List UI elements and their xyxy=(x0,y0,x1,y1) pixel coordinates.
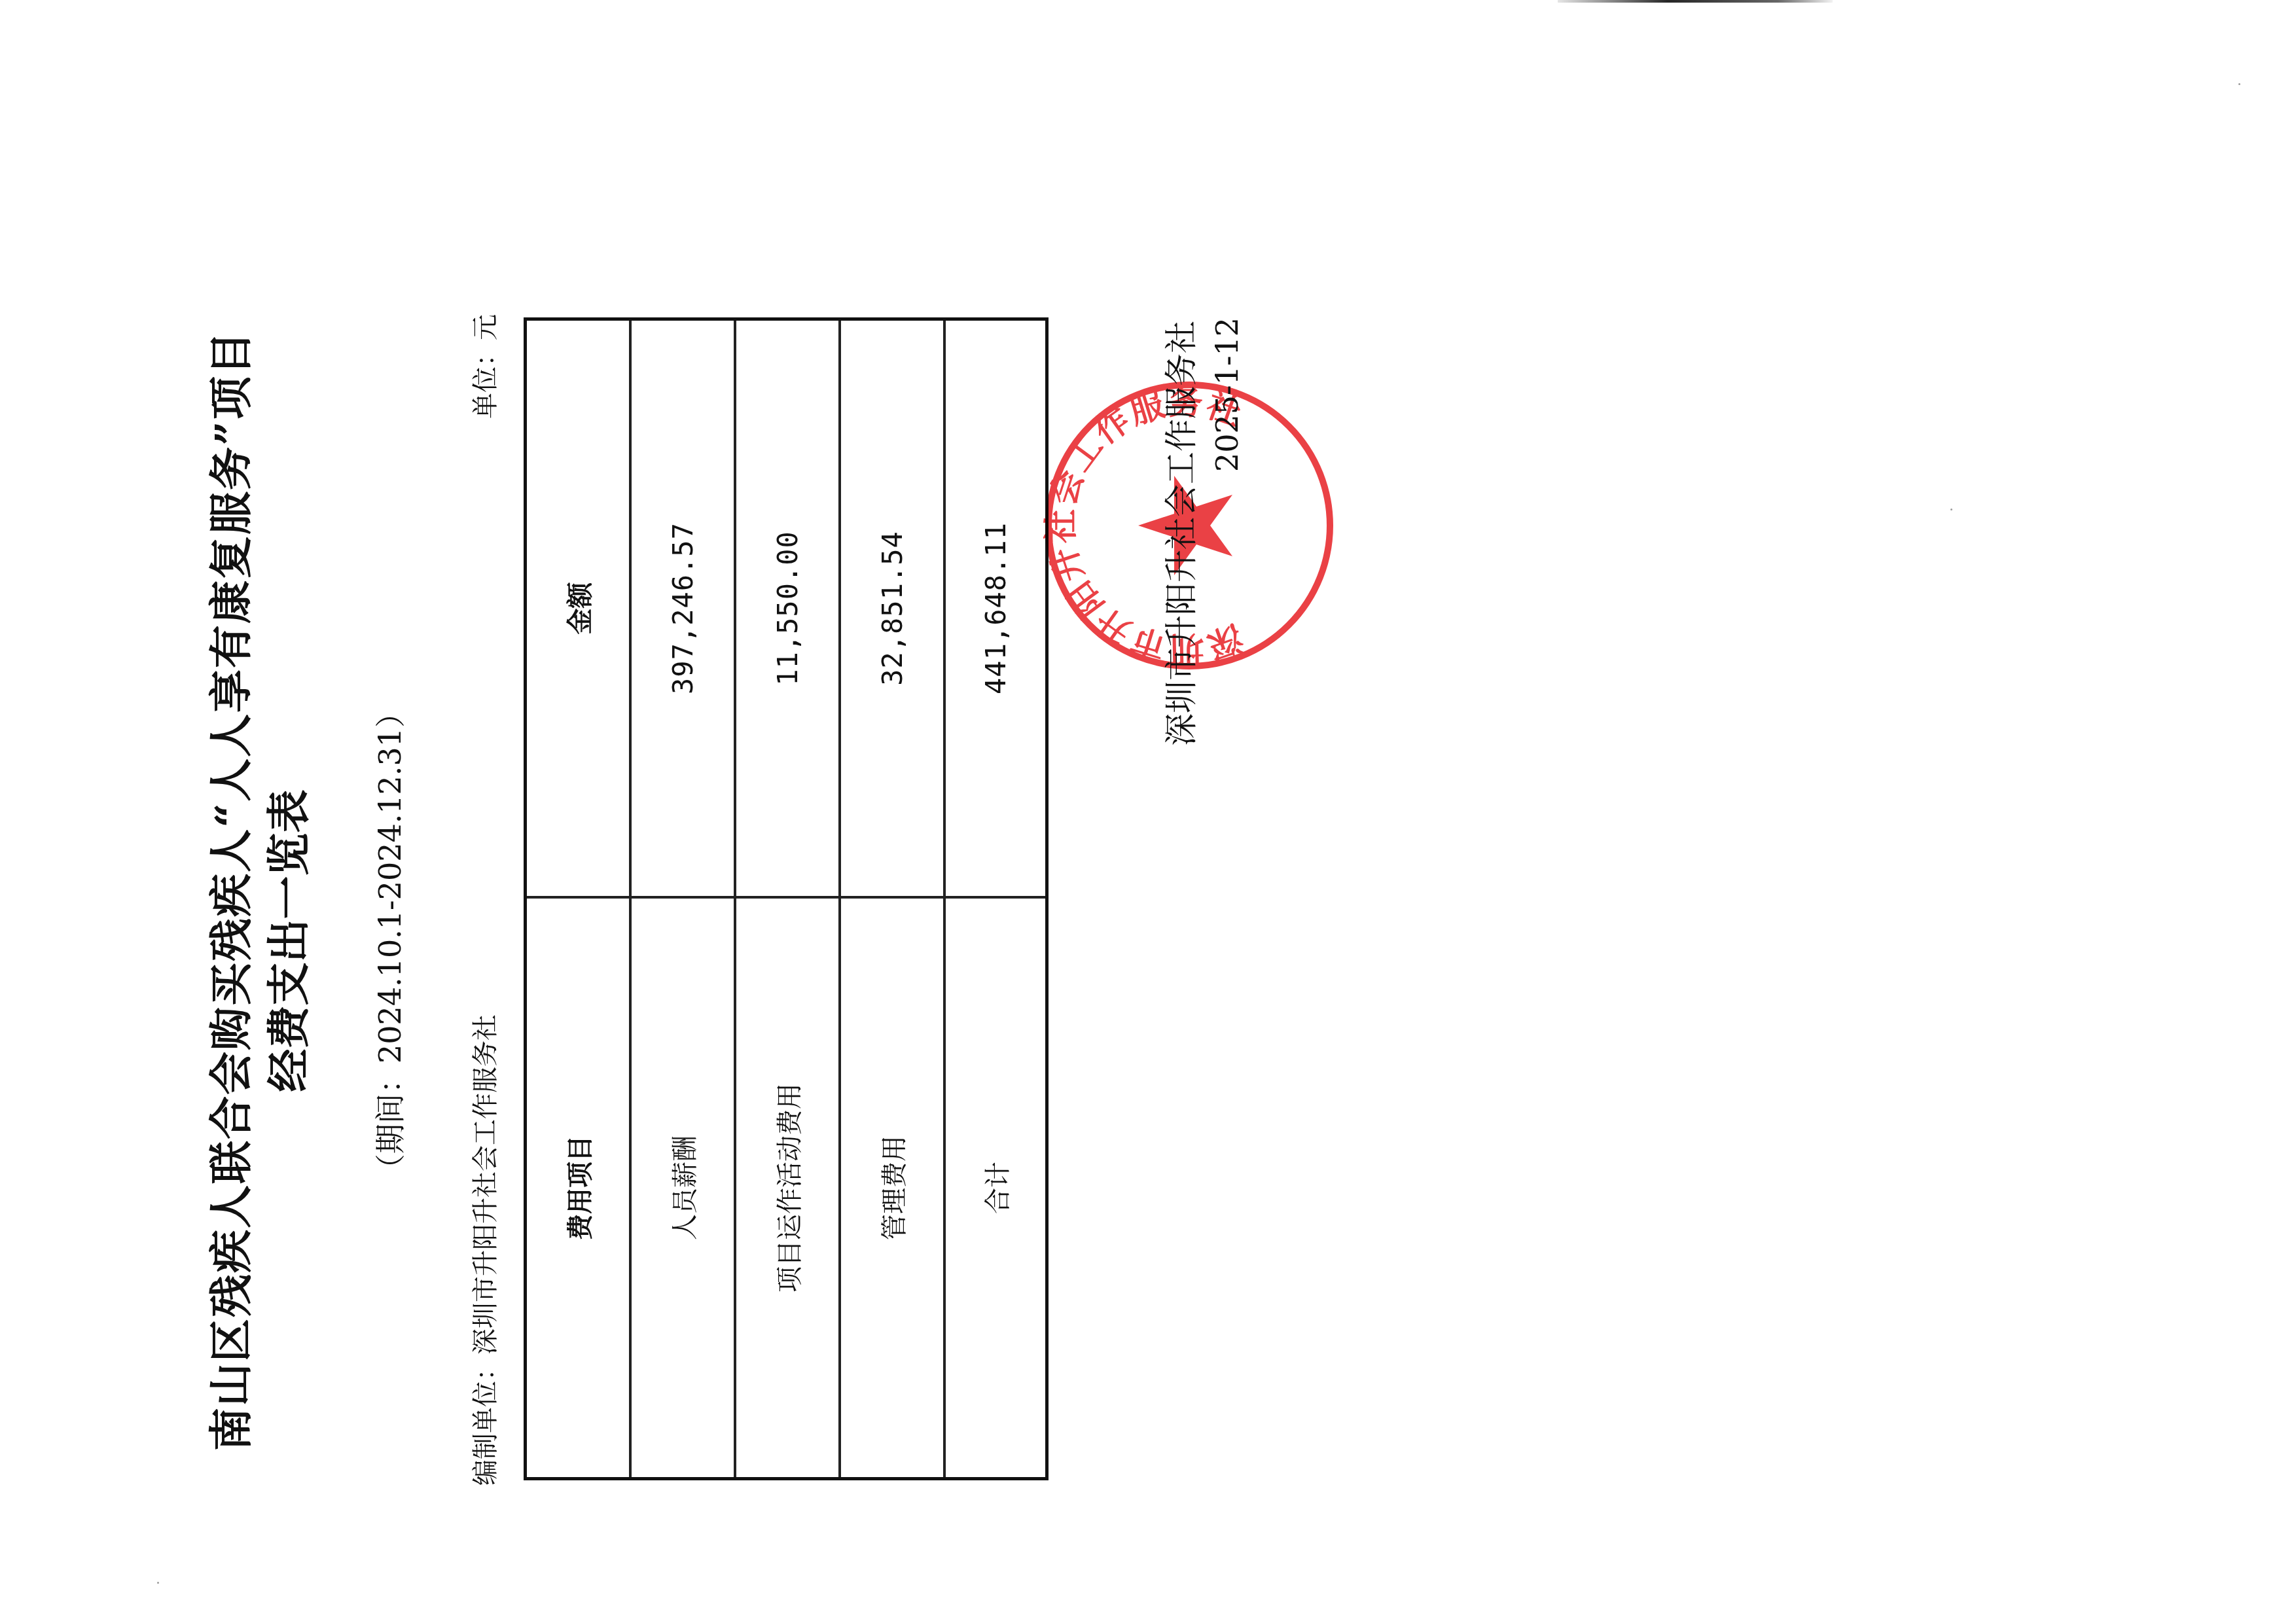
prepared-by-label: 编制单位： xyxy=(471,1355,501,1486)
prepared-by: 编制单位：深圳市升阳升社会工作服务社 xyxy=(465,1014,502,1486)
signing-organization: 深圳市升阳升社会工作服务社 xyxy=(1155,321,1202,818)
total-amount: 441,648.11 xyxy=(946,321,1045,896)
table-row: 人员薪酬 397,246.57 xyxy=(632,321,736,1477)
scan-speck xyxy=(2238,83,2240,85)
table-row: 管理费用 32,851.54 xyxy=(841,321,946,1477)
scan-speck xyxy=(1950,508,1952,510)
row-amount: 11,550.00 xyxy=(736,321,838,896)
signing-date: 2025-1-12 xyxy=(1210,317,1245,510)
document-title-line-1: 南山区残疾人联合会购买残疾人“人人享有康复服务”项目 xyxy=(196,330,249,1551)
row-item: 人员薪酬 xyxy=(632,896,734,1477)
row-item: 管理费用 xyxy=(841,896,943,1477)
table-row: 项目运作活动费用 11,550.00 xyxy=(736,321,841,1477)
meta-row: 编制单位：深圳市升阳升社会工作服务社 单位：元 xyxy=(465,314,497,1486)
row-amount: 32,851.54 xyxy=(841,321,943,896)
reporting-period: （期间：2024.10.1-2024.12.31） xyxy=(367,330,403,1551)
document-page: 南山区残疾人联合会购买残疾人“人人享有康复服务”项目 经费支出一览表 （期间：2… xyxy=(0,0,2296,1623)
table-header-row: 费用项目 金额 xyxy=(527,321,632,1477)
period-value: 2024.10.1-2024.12.31） xyxy=(372,698,408,1063)
prepared-by-value: 深圳市升阳升社会工作服务社 xyxy=(471,1014,501,1355)
row-amount: 397,246.57 xyxy=(632,321,734,896)
period-label: （期间： xyxy=(372,1063,408,1184)
row-item: 项目运作活动费用 xyxy=(736,896,838,1477)
header-item: 费用项目 xyxy=(527,896,629,1477)
total-label: 合计 xyxy=(946,896,1045,1477)
table-total-row: 合计 441,648.11 xyxy=(946,321,1045,1477)
document-title-line-2: 经费支出一览表 xyxy=(254,330,300,1551)
header-amount: 金额 xyxy=(527,321,629,896)
currency-unit: 单位：元 xyxy=(465,314,502,419)
scan-speck xyxy=(157,1582,159,1584)
expense-table: 费用项目 金额 人员薪酬 397,246.57 项目运作活动费用 11,550.… xyxy=(524,317,1049,1480)
